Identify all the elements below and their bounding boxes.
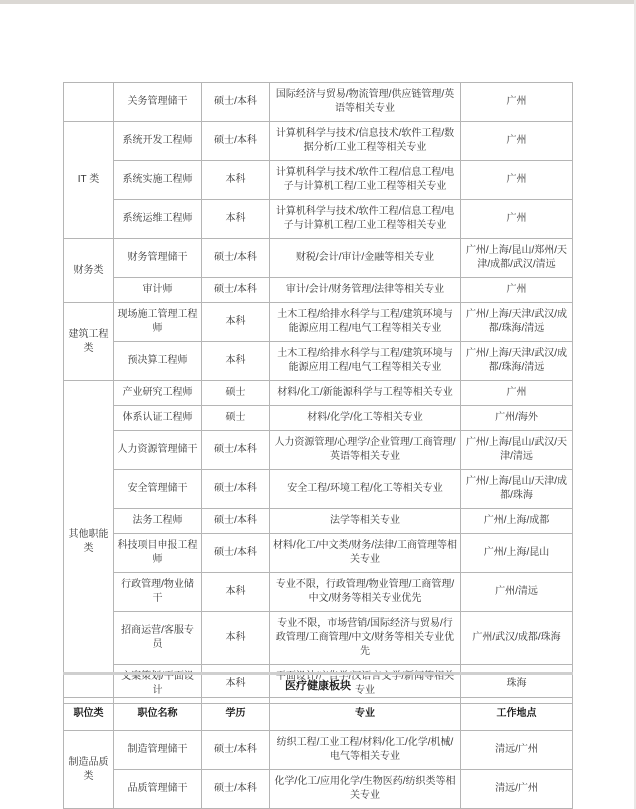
table-row: 品质管理储干硕士/本科化学/化工/应用化学/生物医药/纺织类等相关专业清远/广州 (64, 770, 573, 809)
major-cell: 审计/会计/财务管理/法律等相关专业 (270, 278, 461, 303)
location-cell: 广州 (461, 122, 573, 161)
section-title-row: 医疗健康板块 (64, 674, 573, 698)
job-name-cell: 人力资源管理储干 (114, 431, 202, 470)
major-cell: 财税/会计/审计/金融等相关专业 (270, 239, 461, 278)
education-cell: 硕士/本科 (202, 770, 270, 809)
section-title: 医疗健康板块 (64, 674, 573, 698)
job-name-cell: 系统开发工程师 (114, 122, 202, 161)
major-cell: 国际经济与贸易/物流管理/供应链管理/英语等相关专业 (270, 83, 461, 122)
document-page: 关务管理储干硕士/本科国际经济与贸易/物流管理/供应链管理/英语等相关专业广州I… (0, 0, 636, 809)
table-row: 法务工程师硕士/本科法学等相关专业广州/上海/成都 (64, 509, 573, 534)
education-cell: 本科 (202, 573, 270, 612)
job-name-cell: 产业研究工程师 (114, 381, 202, 406)
education-cell: 硕士/本科 (202, 534, 270, 573)
location-cell: 广州 (461, 200, 573, 239)
location-cell: 广州/上海/昆山 (461, 534, 573, 573)
major-cell: 材料/化学/化工等相关专业 (270, 406, 461, 431)
job-name-cell: 法务工程师 (114, 509, 202, 534)
column-header-education: 学历 (202, 698, 270, 731)
major-cell: 纺织工程/工业工程/材料/化工/化学/机械/电气等相关专业 (270, 731, 461, 770)
major-cell: 土木工程/给排水科学与工程/建筑环境与能源应用工程/电气工程等相关专业 (270, 303, 461, 342)
job-table-main-body: 关务管理储干硕士/本科国际经济与贸易/物流管理/供应链管理/英语等相关专业广州I… (64, 83, 573, 704)
major-cell: 人力资源管理/心理学/企业管理/工商管理/英语等相关专业 (270, 431, 461, 470)
job-category-cell (64, 83, 114, 122)
location-cell: 广州/上海/成都 (461, 509, 573, 534)
table-row: IT 类系统开发工程师硕士/本科计算机科学与技术/信息技术/软件工程/数据分析/… (64, 122, 573, 161)
job-name-cell: 审计师 (114, 278, 202, 303)
column-header-location: 工作地点 (461, 698, 573, 731)
job-category-cell: 财务类 (64, 239, 114, 303)
table-row: 建筑工程类现场施工管理工程师本科土木工程/给排水科学与工程/建筑环境与能源应用工… (64, 303, 573, 342)
job-name-cell: 安全管理储干 (114, 470, 202, 509)
location-cell: 广州/上海/昆山/郑州/天津/成都/武汉/清远 (461, 239, 573, 278)
column-header-major: 专业 (270, 698, 461, 731)
job-category-cell: 制造品质类 (64, 731, 114, 809)
major-cell: 材料/化工/新能源科学与工程等相关专业 (270, 381, 461, 406)
education-cell: 硕士/本科 (202, 122, 270, 161)
major-cell: 计算机科学与技术/软件工程/信息工程/电子与计算机工程/工业工程等相关专业 (270, 161, 461, 200)
job-name-cell: 预决算工程师 (114, 342, 202, 381)
major-cell: 安全工程/环境工程/化工等相关专业 (270, 470, 461, 509)
major-cell: 计算机科学与技术/软件工程/信息工程/电子与计算机工程/工业工程等相关专业 (270, 200, 461, 239)
education-cell: 本科 (202, 303, 270, 342)
table-row: 预决算工程师本科土木工程/给排水科学与工程/建筑环境与能源应用工程/电气工程等相… (64, 342, 573, 381)
education-cell: 硕士/本科 (202, 83, 270, 122)
location-cell: 广州/上海/天津/武汉/成都/珠海/清远 (461, 303, 573, 342)
location-cell: 清远/广州 (461, 731, 573, 770)
major-cell: 材料/化工/中文类/财务/法律/工商管理等相关专业 (270, 534, 461, 573)
major-cell: 土木工程/给排水科学与工程/建筑环境与能源应用工程/电气工程等相关专业 (270, 342, 461, 381)
job-category-cell: 其他职能类 (64, 381, 114, 704)
education-cell: 硕士/本科 (202, 731, 270, 770)
table-row: 行政管理/物业储干本科专业不限，行政管理/物业管理/工商管理/中文/财务等相关专… (64, 573, 573, 612)
table-row: 体系认证工程师硕士材料/化学/化工等相关专业广州/海外 (64, 406, 573, 431)
job-name-cell: 科技项目申报工程师 (114, 534, 202, 573)
job-name-cell: 关务管理储干 (114, 83, 202, 122)
job-name-cell: 系统实施工程师 (114, 161, 202, 200)
education-cell: 硕士/本科 (202, 470, 270, 509)
job-table-main: 关务管理储干硕士/本科国际经济与贸易/物流管理/供应链管理/英语等相关专业广州I… (63, 82, 573, 704)
table-row: 审计师硕士/本科审计/会计/财务管理/法律等相关专业广州 (64, 278, 573, 303)
job-name-cell: 品质管理储干 (114, 770, 202, 809)
education-cell: 硕士 (202, 381, 270, 406)
table-row: 系统实施工程师本科计算机科学与技术/软件工程/信息工程/电子与计算机工程/工业工… (64, 161, 573, 200)
table-row: 安全管理储干硕士/本科安全工程/环境工程/化工等相关专业广州/上海/昆山/天津/… (64, 470, 573, 509)
major-cell: 化学/化工/应用化学/生物医药/纺织类等相关专业 (270, 770, 461, 809)
job-name-cell: 行政管理/物业储干 (114, 573, 202, 612)
major-cell: 法学等相关专业 (270, 509, 461, 534)
education-cell: 本科 (202, 612, 270, 665)
table-row: 制造品质类制造管理储干硕士/本科纺织工程/工业工程/材料/化工/化学/机械/电气… (64, 731, 573, 770)
location-cell: 广州/海外 (461, 406, 573, 431)
column-header-category: 职位类 (64, 698, 114, 731)
education-cell: 硕士/本科 (202, 431, 270, 470)
major-cell: 专业不限，行政管理/物业管理/工商管理/中文/财务等相关专业优先 (270, 573, 461, 612)
job-name-cell: 制造管理储干 (114, 731, 202, 770)
job-name-cell: 系统运维工程师 (114, 200, 202, 239)
job-table-medical-body: 医疗健康板块 职位类 职位名称 学历 专业 工作地点 制造品质类制造管理储干硕士… (64, 674, 573, 809)
education-cell: 硕士 (202, 406, 270, 431)
location-cell: 清远/广州 (461, 770, 573, 809)
location-cell: 广州/武汉/成都/珠海 (461, 612, 573, 665)
table-row: 关务管理储干硕士/本科国际经济与贸易/物流管理/供应链管理/英语等相关专业广州 (64, 83, 573, 122)
location-cell: 广州/上海/天津/武汉/成都/珠海/清远 (461, 342, 573, 381)
major-cell: 专业不限，市场营销/国际经济与贸易/行政管理/工商管理/中文/财务等相关专业优先 (270, 612, 461, 665)
table-row: 科技项目申报工程师硕士/本科材料/化工/中文类/财务/法律/工商管理等相关专业广… (64, 534, 573, 573)
table-row: 财务类财务管理储干硕士/本科财税/会计/审计/金融等相关专业广州/上海/昆山/郑… (64, 239, 573, 278)
table-row: 系统运维工程师本科计算机科学与技术/软件工程/信息工程/电子与计算机工程/工业工… (64, 200, 573, 239)
major-cell: 计算机科学与技术/信息技术/软件工程/数据分析/工业工程等相关专业 (270, 122, 461, 161)
education-cell: 硕士/本科 (202, 509, 270, 534)
location-cell: 广州 (461, 278, 573, 303)
location-cell: 广州/上海/昆山/武汉/天津/清远 (461, 431, 573, 470)
table-row: 其他职能类产业研究工程师硕士材料/化工/新能源科学与工程等相关专业广州 (64, 381, 573, 406)
column-header-job-name: 职位名称 (114, 698, 202, 731)
job-name-cell: 现场施工管理工程师 (114, 303, 202, 342)
job-name-cell: 招商运营/客服专员 (114, 612, 202, 665)
education-cell: 本科 (202, 342, 270, 381)
location-cell: 广州/清远 (461, 573, 573, 612)
location-cell: 广州/上海/昆山/天津/成都/珠海 (461, 470, 573, 509)
job-category-cell: 建筑工程类 (64, 303, 114, 381)
job-category-cell: IT 类 (64, 122, 114, 239)
education-cell: 硕士/本科 (202, 239, 270, 278)
job-table-medical: 医疗健康板块 职位类 职位名称 学历 专业 工作地点 制造品质类制造管理储干硕士… (63, 672, 573, 809)
location-cell: 广州 (461, 161, 573, 200)
education-cell: 本科 (202, 161, 270, 200)
location-cell: 广州 (461, 381, 573, 406)
table-row: 招商运营/客服专员本科专业不限，市场营销/国际经济与贸易/行政管理/工商管理/中… (64, 612, 573, 665)
job-name-cell: 体系认证工程师 (114, 406, 202, 431)
table-row: 人力资源管理储干硕士/本科人力资源管理/心理学/企业管理/工商管理/英语等相关专… (64, 431, 573, 470)
location-cell: 广州 (461, 83, 573, 122)
job-name-cell: 财务管理储干 (114, 239, 202, 278)
page-top-edge (0, 0, 636, 4)
education-cell: 本科 (202, 200, 270, 239)
table-header-row: 职位类 职位名称 学历 专业 工作地点 (64, 698, 573, 731)
education-cell: 硕士/本科 (202, 278, 270, 303)
